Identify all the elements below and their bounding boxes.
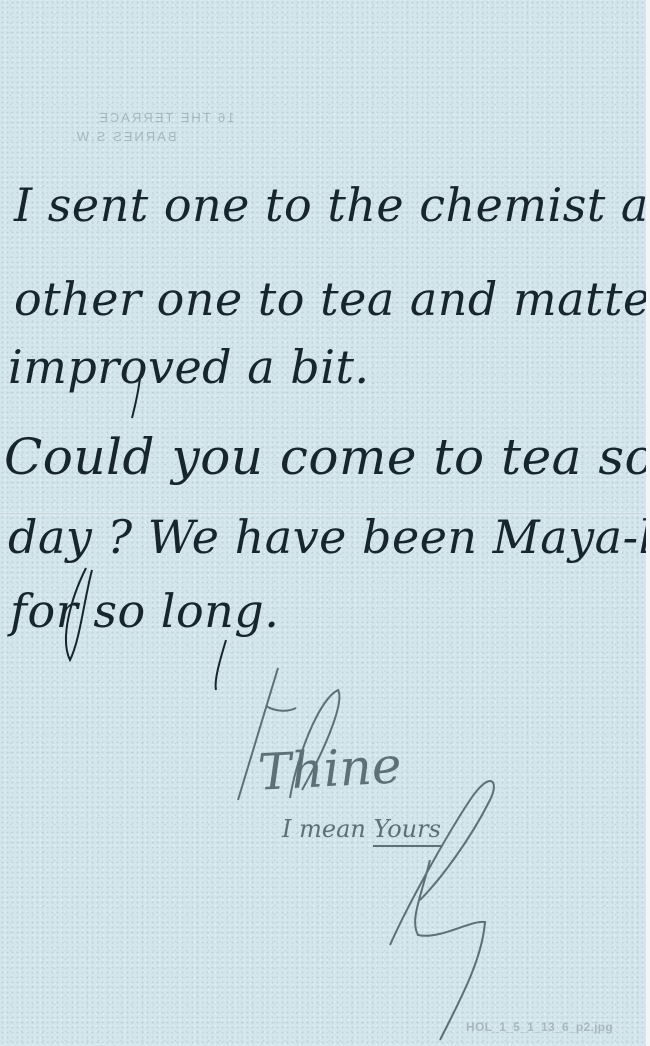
filename-watermark: HOL_1_5_1_13_6_p2.jpg	[466, 1020, 613, 1034]
letter-page: 16 THE TERRACE BARNES S.W. I sent one to…	[0, 0, 646, 1046]
signature-correction: I mean Yours	[282, 815, 441, 843]
letterhead-showthrough: 16 THE TERRACE BARNES S.W.	[70, 108, 235, 146]
letterhead-line-1: 16 THE TERRACE	[70, 108, 235, 127]
scan-edge	[646, 0, 650, 1046]
letter-line-6: for so long.	[10, 584, 279, 638]
letterhead-line-2: BARNES S.W.	[70, 127, 177, 146]
letter-line-1: I sent one to the chemist and the	[14, 178, 646, 232]
letter-line-4: Could you come to tea some	[4, 428, 646, 486]
correction-prefix: I mean	[282, 815, 373, 843]
letter-line-5: day ? We have been Maya-less	[8, 510, 646, 564]
correction-word: Yours	[373, 815, 440, 847]
signature: Thine	[257, 736, 403, 801]
letter-line-3: improved a bit.	[8, 340, 370, 394]
letter-line-2: other one to tea and matters	[14, 272, 646, 326]
